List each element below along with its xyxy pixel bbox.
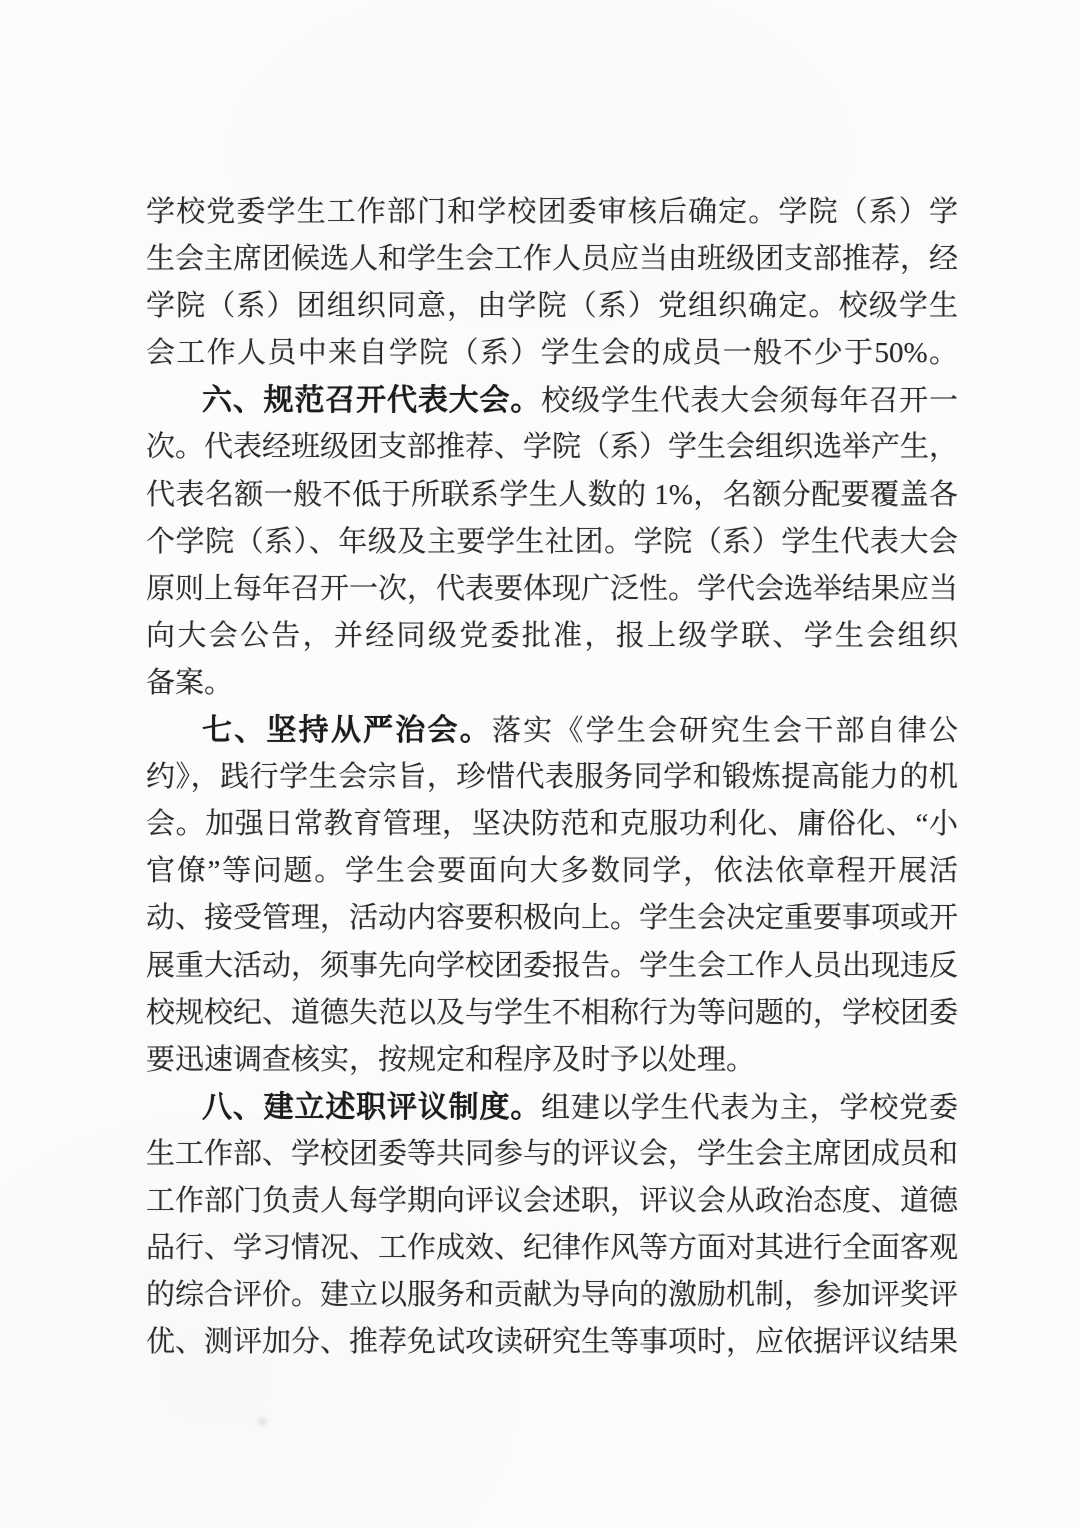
document-page: 学校党委学生工作部门和学校团委审核后确定。学院（系）学 生会主席团候选人和学生会…	[0, 0, 1080, 1528]
line-text: 个学院（系）、年级及主要学生社团。学院（系）学生代表大会	[146, 526, 958, 558]
text-line: 原则上每年召开一次，代表要体现广泛性。学代会选举结果应当	[146, 566, 958, 613]
line-text: 代表名额一般不低于所联系学生人数的 1%，名额分配要覆盖各	[146, 479, 958, 511]
line-text: 会工作人员中来自学院（系）学生会的成员一般不少于50%。	[146, 337, 958, 369]
line-text: 次。代表经班级团支部推荐、学院（系）学生会组织选举产生，	[146, 431, 958, 463]
line-text: 向大会公告，并经同级党委批准，报上级学联、学生会组织	[146, 620, 958, 652]
line-text: 优、测评加分、推荐免试攻读研究生等事项时，应依据评议结果	[146, 1326, 958, 1358]
text-line: 备案。	[146, 660, 958, 707]
text-line: 生会主席团候选人和学生会工作人员应当由班级团支部推荐，经	[146, 236, 958, 283]
line-text: 展重大活动，须事先向学校团委报告。学生会工作人员出现违反	[146, 950, 958, 982]
line-text: 要迅速调查核实，按规定和程序及时予以处理。	[146, 1044, 755, 1076]
text-line: 代表名额一般不低于所联系学生人数的 1%，名额分配要覆盖各	[146, 472, 958, 519]
line-text: 动、接受管理，活动内容要积极向上。学生会决定重要事项或开	[146, 902, 958, 934]
line-text: 会。加强日常教育管理，坚决防范和克服功利化、庸俗化、“小	[146, 808, 958, 840]
section-heading-line-6: 六、规范召开代表大会。校级学生代表大会须每年召开一	[146, 377, 958, 424]
section-heading-line-7: 七、坚持从严治会。落实《学生会研究生会干部自律公	[146, 707, 958, 754]
line-text: 工作部门负责人每学期向评议会述职，评议会从政治态度、道德	[146, 1185, 958, 1217]
line-text: 原则上每年召开一次，代表要体现广泛性。学代会选举结果应当	[146, 573, 958, 605]
line-text: 学校党委学生工作部门和学校团委审核后确定。学院（系）学	[146, 196, 958, 228]
line-text: 约》，践行学生会宗旨，珍惜代表服务同学和锻炼提高能力的机	[146, 761, 958, 793]
text-line: 品行、学习情况、工作成效、纪律作风等方面对其进行全面客观	[146, 1225, 958, 1272]
line-text: 生工作部、学校团委等共同参与的评议会，学生会主席团成员和	[146, 1138, 958, 1170]
text-line: 学校党委学生工作部门和学校团委审核后确定。学院（系）学	[146, 189, 958, 236]
line-text: 官僚”等问题。学生会要面向大多数同学，依法依章程开展活	[146, 855, 958, 887]
line-text: 生会主席团候选人和学生会工作人员应当由班级团支部推荐，经	[146, 243, 958, 275]
text-line: 个学院（系）、年级及主要学生社团。学院（系）学生代表大会	[146, 519, 958, 566]
section-heading: 八、建立述职评议制度。	[202, 1091, 541, 1124]
text-line: 生工作部、学校团委等共同参与的评议会，学生会主席团成员和	[146, 1131, 958, 1178]
line-text: 品行、学习情况、工作成效、纪律作风等方面对其进行全面客观	[146, 1232, 958, 1264]
section-heading-line-8: 八、建立述职评议制度。组建以学生代表为主，学校党委学	[146, 1084, 958, 1131]
line-text: 的综合评价。建立以服务和贡献为导向的激励机制，参加评奖评	[146, 1279, 958, 1311]
text-line: 工作部门负责人每学期向评议会述职，评议会从政治态度、道德	[146, 1178, 958, 1225]
text-line: 校规校纪、道德失范以及与学生不相称行为等问题的，学校团委	[146, 990, 958, 1037]
section-heading: 六、规范召开代表大会。	[202, 384, 541, 417]
scan-smudge	[258, 1418, 267, 1425]
text-line: 学院（系）团组织同意，由学院（系）党组织确定。校级学生	[146, 283, 958, 330]
document-text-block: 学校党委学生工作部门和学校团委审核后确定。学院（系）学 生会主席团候选人和学生会…	[146, 189, 958, 1366]
text-line: 官僚”等问题。学生会要面向大多数同学，依法依章程开展活	[146, 848, 958, 895]
text-line: 向大会公告，并经同级党委批准，报上级学联、学生会组织	[146, 613, 958, 660]
line-text: 校规校纪、道德失范以及与学生不相称行为等问题的，学校团委	[146, 997, 958, 1029]
text-line: 优、测评加分、推荐免试攻读研究生等事项时，应依据评议结果	[146, 1319, 958, 1366]
text-line: 约》，践行学生会宗旨，珍惜代表服务同学和锻炼提高能力的机	[146, 754, 958, 801]
text-line: 的综合评价。建立以服务和贡献为导向的激励机制，参加评奖评	[146, 1272, 958, 1319]
line-text: 落实《学生会研究生会干部自律公	[492, 715, 958, 747]
text-line: 会。加强日常教育管理，坚决防范和克服功利化、庸俗化、“小	[146, 801, 958, 848]
line-text: 校级学生代表大会须每年召开一	[541, 385, 958, 417]
text-line: 动、接受管理，活动内容要积极向上。学生会决定重要事项或开	[146, 895, 958, 942]
text-line: 次。代表经班级团支部推荐、学院（系）学生会组织选举产生，	[146, 424, 958, 471]
text-line: 会工作人员中来自学院（系）学生会的成员一般不少于50%。	[146, 330, 958, 377]
line-text: 学院（系）团组织同意，由学院（系）党组织确定。校级学生	[146, 290, 958, 322]
section-heading: 七、坚持从严治会。	[202, 714, 492, 747]
text-line: 展重大活动，须事先向学校团委报告。学生会工作人员出现违反	[146, 943, 958, 990]
line-text: 备案。	[146, 667, 233, 699]
text-line: 要迅速调查核实，按规定和程序及时予以处理。	[146, 1037, 958, 1084]
